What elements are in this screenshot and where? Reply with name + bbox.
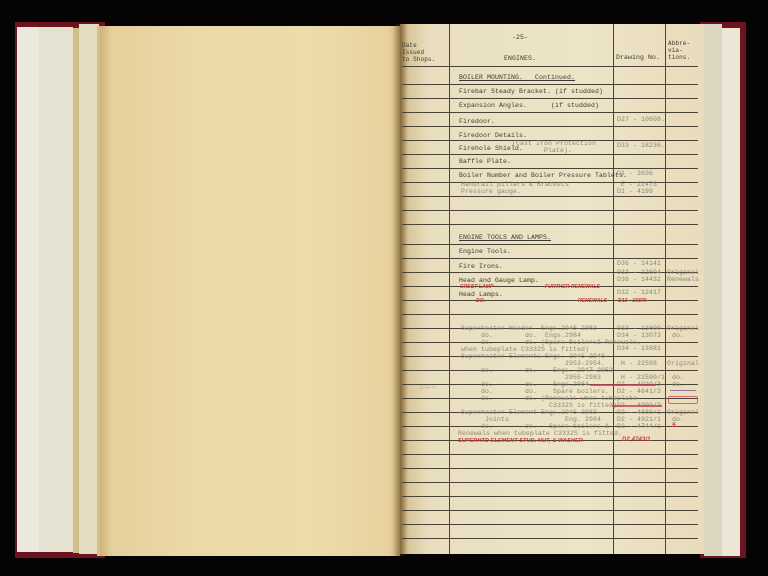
- superheater-abbr: Original: [667, 409, 699, 416]
- superheater-drawing: H - 22590/1: [617, 374, 665, 381]
- superheater-drawing: D2 - 4641/3: [617, 388, 661, 395]
- column-rule-abbr: [665, 24, 666, 554]
- row-rule: [402, 224, 698, 225]
- row-rule: [402, 154, 698, 155]
- superheater-row: 2953-2954.: [461, 360, 605, 367]
- row-desc: Fire Irons.: [459, 263, 503, 270]
- red-annotation: D13 - 16876: [618, 298, 647, 304]
- superheater-row: do. do. Engs.2984: [461, 332, 581, 339]
- row-rule: [402, 168, 698, 169]
- superheater-abbr: do.: [672, 374, 684, 381]
- row-rule: [402, 244, 698, 245]
- row-rule: [402, 98, 698, 99]
- row-drawing: D32 - 12417: [617, 289, 661, 296]
- row-rule: [402, 538, 698, 539]
- superheater-drawing: D34 - 13881: [617, 345, 661, 352]
- superheater-row: Superheater Header Engs.2945-2983: [461, 325, 597, 332]
- right-sheet-1: [704, 24, 722, 556]
- red-strikethrough: [590, 384, 656, 386]
- column-header-drawing: Drawing No.: [616, 54, 660, 61]
- flyleaf-2: [39, 27, 73, 552]
- row-desc: Boiler Number and Boiler Pressure Tablet…: [459, 172, 627, 179]
- superheater-row: 2955-2983: [461, 374, 601, 381]
- column-rule-drawing: [613, 24, 614, 554]
- row-rule: [402, 314, 698, 315]
- column-header-abbr: Abbre- via- tions.: [668, 40, 690, 61]
- row-rule: [402, 196, 698, 197]
- row-rule: [402, 454, 698, 455]
- row-desc: Head and Gauge Lamp.: [459, 277, 539, 284]
- superheater-drawing: H - 22588: [617, 360, 657, 367]
- column-header-date: Date Issued to Shops.: [402, 42, 435, 63]
- row-rule: [402, 66, 698, 67]
- red-correction-mark: [670, 385, 696, 391]
- superheater-abbr: Original: [667, 360, 699, 367]
- margin-pencil-note: 3/4/47: [419, 385, 438, 391]
- superheater-row: Superheater Elements Engs. 2945-2946: [461, 353, 605, 360]
- red-strikethrough: [612, 405, 662, 407]
- page-number: -25-: [512, 34, 528, 41]
- superheater-row: do. do. Engs. 2947-2952: [461, 367, 613, 374]
- row-desc: Firedoor.: [459, 118, 495, 125]
- row-desc: Firedoor Details.: [459, 132, 527, 139]
- red-annotation: CREST LAMP: [460, 284, 494, 290]
- red-annotation-final: SUPERHTD ELEMENT STUD, NUT, & WASHER: [458, 438, 583, 444]
- flyleaf-1: [17, 27, 39, 552]
- superheater-row: do. do. (Spare Boilers& Renewals.: [461, 339, 641, 346]
- superheater-abbr: do.: [672, 332, 684, 339]
- row-desc: Head Lamps.: [459, 291, 503, 298]
- superheater-drawing: D2 - 4880/1: [617, 409, 661, 416]
- superheater-row: when tubeplate C3332S is fitted): [461, 346, 589, 353]
- row-rule: [402, 524, 698, 525]
- row-rule: [402, 300, 698, 301]
- row-desc: Firebar Steady Bracket. (if studded): [459, 88, 603, 95]
- red-drawing-final: D2 4743/1.: [622, 437, 652, 443]
- row-desc: Engine Tools.: [459, 248, 511, 255]
- row-rule: [402, 468, 698, 469]
- superheater-drawing: D34 - 13073: [617, 332, 661, 339]
- superheater-row: do. do. Spare boilers &: [461, 423, 609, 430]
- row-rule: [402, 112, 698, 113]
- section-heading-boiler: BOILER MOUNTING. Continued.: [459, 74, 575, 81]
- row-rule: [402, 84, 698, 85]
- superheater-row: Superheater Element Engs.2945-2983: [461, 409, 597, 416]
- row-rule: [402, 482, 698, 483]
- row-rule: [402, 496, 698, 497]
- superheater-row: do. do. Spare boilers.: [461, 388, 609, 395]
- column-header-engines: ENGINES.: [504, 55, 536, 62]
- superheater-drawing: D33 - 13600: [617, 325, 661, 332]
- right-sheet-2: [722, 28, 740, 556]
- red-annotation: 5.: [672, 422, 678, 429]
- section-heading-tools: ENGINE TOOLS AND LAMPS.: [459, 234, 551, 241]
- column-rule-date: [449, 24, 450, 554]
- spine-shadow: [393, 24, 407, 556]
- row-rule: [402, 510, 698, 511]
- row-drawing: D33 - 18236.: [617, 142, 665, 149]
- superheater-abbr: Original: [667, 325, 699, 332]
- row-desc-note: (Cast Iron Protection Plate).: [512, 140, 596, 154]
- row-drawing: D33 - 12604 D36 - 14432: [617, 269, 661, 283]
- superheater-row: do. do. Engs.2984: [461, 381, 589, 388]
- red-annotation: FURTHER RENEWALS: [545, 284, 600, 290]
- row-rule: [402, 126, 698, 127]
- row-desc: Expansion Angles. (if studded): [459, 102, 599, 109]
- superheater-row: do. do. (Renewals when tubeplate: [461, 395, 637, 402]
- row-drawing: E - 22473 D1 - 4199: [617, 181, 657, 195]
- row-drawing: D1 - 3696: [617, 170, 653, 177]
- row-desc: Baffle Plate.: [459, 158, 511, 165]
- superheater-drawing: D2 - 4921/1: [617, 416, 661, 423]
- row-desc: Handrail pillars & Brackets Pressure gau…: [461, 181, 569, 195]
- superheater-row: Joints Eng. 2984: [461, 416, 601, 423]
- superheater-row: Renewals when tubeplate C3332S is fitted…: [458, 430, 622, 437]
- row-abbr: Original Renewals: [667, 269, 699, 283]
- superheater-drawing: D2 - 4744/1: [617, 423, 661, 430]
- row-drawing: D27 - 10608.: [617, 116, 665, 123]
- superheater-row: C3332S is fitted): [461, 402, 617, 409]
- red-annotation: DO.: [476, 298, 485, 304]
- row-rule: [402, 258, 698, 259]
- row-drawing: D36 - 14141: [617, 260, 661, 267]
- red-annotation: RENEWALS: [578, 298, 607, 304]
- flyleaf-4: [79, 24, 99, 554]
- red-correction-mark: [668, 396, 698, 404]
- row-rule: [402, 210, 698, 211]
- left-page-blank: [100, 26, 400, 556]
